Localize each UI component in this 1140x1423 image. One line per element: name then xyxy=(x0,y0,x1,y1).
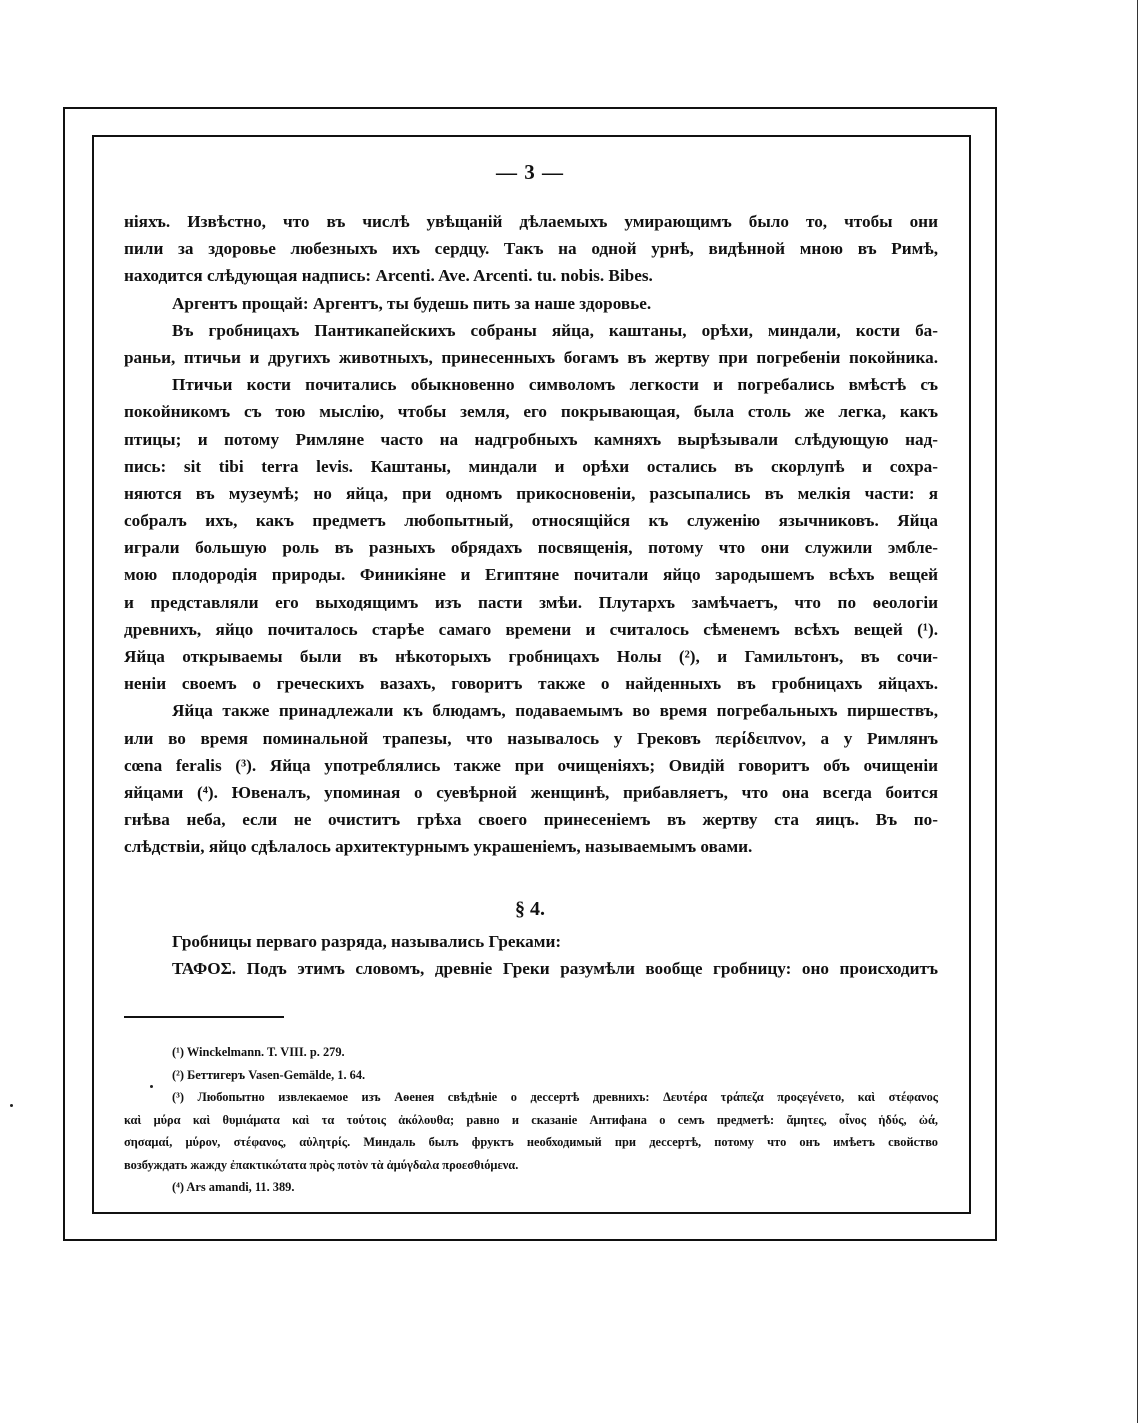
section-heading: § 4. xyxy=(0,898,1060,921)
scan-edge-line xyxy=(1137,0,1138,1423)
text-line: Яйца открываемы были въ нѣкоторыхъ гробн… xyxy=(124,643,938,670)
text-line: гнѣва неба, если не очиститъ грѣха своег… xyxy=(124,806,938,833)
text-line: и представляли его выходящимъ изъ пасти … xyxy=(124,589,938,616)
text-line: Птичьи кости почитались обыкновенно симв… xyxy=(124,371,938,398)
text-line: Яйца также принадлежали къ блюдамъ, пода… xyxy=(124,697,938,724)
text-line: или во время поминальной трапезы, что на… xyxy=(124,725,938,752)
text-line: находится слѣдующая надпись: Arcenti. Av… xyxy=(124,262,938,289)
text-line: слѣдствіи, яйцо сдѣлалось архитектурнымъ… xyxy=(124,833,938,860)
text-line: ΤΑΦΟΣ. Подъ этимъ словомъ, древніе Греки… xyxy=(124,955,938,982)
footnote-divider xyxy=(124,1016,284,1018)
footnote-3-cont: σησαμαί, μύρον, στέφανος, αὐλητρίς. Минд… xyxy=(124,1131,938,1154)
text-line: покойникомъ съ тою мыслію, чтобы земля, … xyxy=(124,398,938,425)
text-line: играли большую роль въ разныхъ обрядахъ … xyxy=(124,534,938,561)
text-line: Въ гробницахъ Пантикапейскихъ собраны яй… xyxy=(124,317,938,344)
body-text: ніяхъ. Извѣстно, что въ числѣ увѣщаній д… xyxy=(124,208,938,861)
footnote-1: (¹) Winckelmann. T. VIII. p. 279. xyxy=(124,1041,938,1064)
page-number: — 3 — xyxy=(0,160,1060,185)
text-line: раньи, птичьи и другихъ животныхъ, прине… xyxy=(124,344,938,371)
footnote-4: (⁴) Ars amandi, 11. 389. xyxy=(124,1176,938,1199)
text-line: собралъ ихъ, какъ предметъ любопытный, о… xyxy=(124,507,938,534)
footnote-3-cont: возбуждать жажду ἐπακτικώτατα πρὸς ποτὸν… xyxy=(124,1154,938,1177)
text-line: пись: sit tibi terra levis. Каштаны, мин… xyxy=(124,453,938,480)
text-line: птицы; и потому Римляне часто на надгроб… xyxy=(124,426,938,453)
section-text: Гробницы перваго разряда, назывались Гре… xyxy=(124,928,938,982)
footnote-3: (³) Любопытно извлекаемое изъ Аѳенея свѣ… xyxy=(124,1086,938,1109)
scan-speck xyxy=(10,1104,13,1107)
text-line: пили за здоровье любезныхъ ихъ сердцу. Т… xyxy=(124,235,938,262)
footnote-2: (²) Беттигеръ Vasen-Gemälde, 1. 64. xyxy=(124,1064,938,1087)
text-line: неніи своемъ о греческихъ вазахъ, говори… xyxy=(124,670,938,697)
text-line: яйцами (⁴). Ювеналъ, упоминая о суевѣрно… xyxy=(124,779,938,806)
text-line: няются въ музеумѣ; но яйца, при одномъ п… xyxy=(124,480,938,507)
text-line: Аргентъ прощай: Аргентъ, ты будешь пить … xyxy=(124,290,938,317)
text-line: cœna feralis (³). Яйца употреблялись так… xyxy=(124,752,938,779)
footnotes: (¹) Winckelmann. T. VIII. p. 279. (²) Бе… xyxy=(124,1041,938,1199)
text-line: древнихъ, яйцо почиталось старѣе самаго … xyxy=(124,616,938,643)
text-line: ніяхъ. Извѣстно, что въ числѣ увѣщаній д… xyxy=(124,208,938,235)
text-line: мою плодородія природы. Финикіяне и Егип… xyxy=(124,561,938,588)
footnote-3-cont: καὶ μύρα καὶ θυμιάματα καὶ τα τούτοις ἀκ… xyxy=(124,1109,938,1132)
text-line: Гробницы перваго разряда, назывались Гре… xyxy=(124,928,938,955)
